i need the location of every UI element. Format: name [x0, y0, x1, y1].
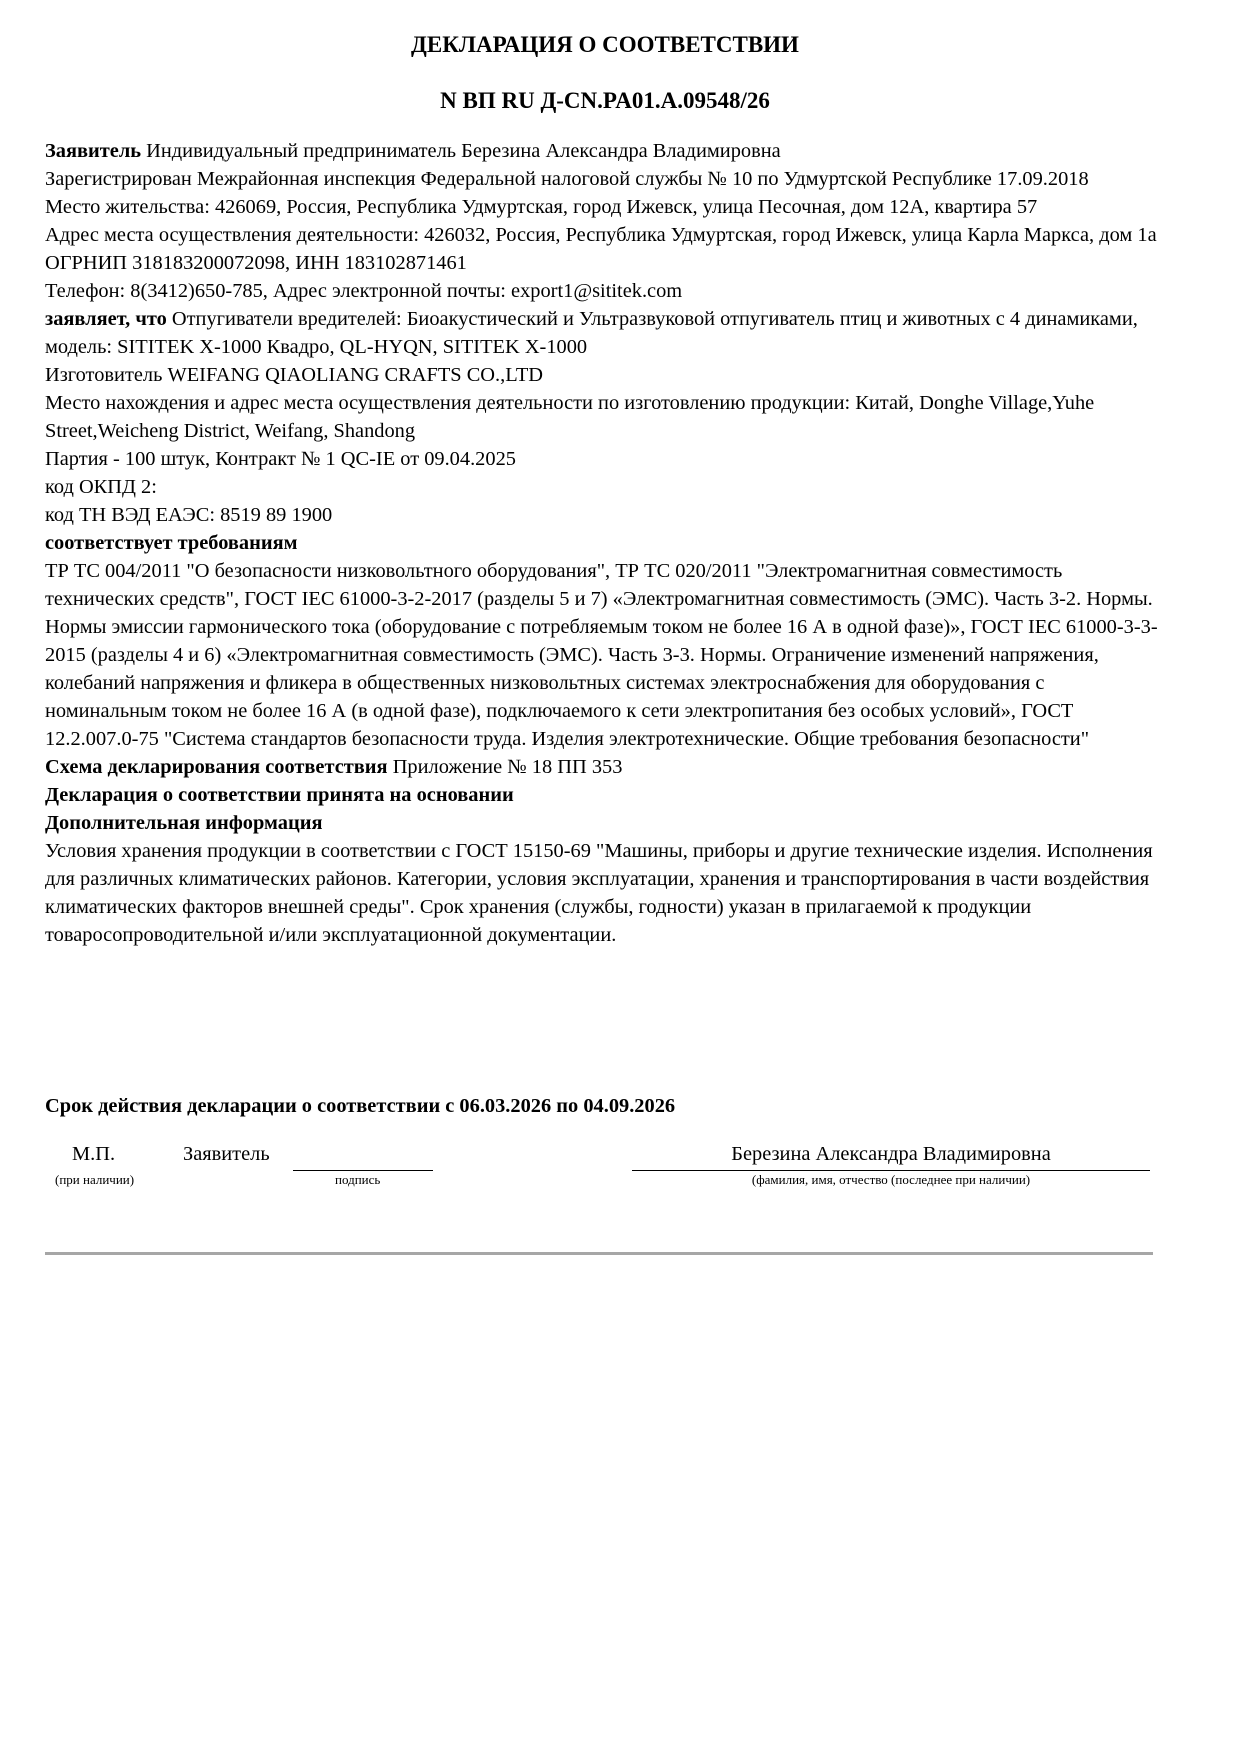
document-title: ДЕКЛАРАЦИЯ О СООТВЕТСТВИИ: [45, 31, 1165, 59]
signatory-name: Березина Александра Владимировна: [632, 1140, 1150, 1168]
declares-label: заявляет, что: [45, 308, 167, 330]
declaration-body: Заявитель Индивидуальный предприниматель…: [45, 137, 1170, 949]
requirements-label: соответствует требованиям: [45, 529, 1170, 557]
registration-line: Зарегистрирован Межрайонная инспекция Фе…: [45, 165, 1170, 193]
signature-line: [293, 1170, 433, 1171]
declaration-number: N ВП RU Д-CN.PA01.A.09548/26: [45, 87, 1165, 115]
basis-label: Декларация о соответствии принята на осн…: [45, 781, 1170, 809]
okpd2-line: код ОКПД 2:: [45, 473, 1170, 501]
declares-value: Отпугиватели вредителей: Биоакустический…: [45, 308, 1138, 358]
stamp-label: М.П.: [72, 1140, 115, 1168]
additional-label: Дополнительная информация: [45, 809, 1170, 837]
signature-applicant-label: Заявитель: [183, 1140, 270, 1168]
stamp-caption: (при наличии): [55, 1172, 134, 1188]
activity-address-line: Адрес места осуществления деятельности: …: [45, 221, 1170, 249]
manufacturer-address-line: Место нахождения и адрес места осуществл…: [45, 389, 1170, 445]
validity-period: Срок действия декларации о соответствии …: [45, 1092, 675, 1120]
requirements-value: ТР ТС 004/2011 "О безопасности низковоль…: [45, 557, 1170, 753]
scheme-line: Схема декларирования соответствия Прилож…: [45, 753, 1170, 781]
declares-line: заявляет, что Отпугиватели вредителей: Б…: [45, 305, 1170, 361]
batch-line: Партия - 100 штук, Контракт № 1 QC-IE от…: [45, 445, 1170, 473]
signature-caption: подпись: [335, 1172, 380, 1188]
tnved-line: код ТН ВЭД ЕАЭС: 8519 89 1900: [45, 501, 1170, 529]
manufacturer-line: Изготовитель WEIFANG QIAOLIANG CRAFTS CO…: [45, 361, 1170, 389]
residence-line: Место жительства: 426069, Россия, Респуб…: [45, 193, 1170, 221]
footer-divider: [45, 1252, 1153, 1255]
additional-value: Условия хранения продукции в соответстви…: [45, 837, 1170, 949]
ids-line: ОГРНИП 318183200072098, ИНН 183102871461: [45, 249, 1170, 277]
name-caption: (фамилия, имя, отчество (последнее при н…: [632, 1172, 1150, 1188]
contacts-line: Телефон: 8(3412)650-785, Адрес электронн…: [45, 277, 1170, 305]
scheme-value: Приложение № 18 ПП 353: [393, 756, 623, 778]
applicant-label: Заявитель: [45, 140, 141, 162]
applicant-line: Заявитель Индивидуальный предприниматель…: [45, 137, 1170, 165]
name-line: [632, 1170, 1150, 1171]
applicant-value: Индивидуальный предприниматель Березина …: [146, 140, 781, 162]
scheme-label: Схема декларирования соответствия: [45, 756, 388, 778]
